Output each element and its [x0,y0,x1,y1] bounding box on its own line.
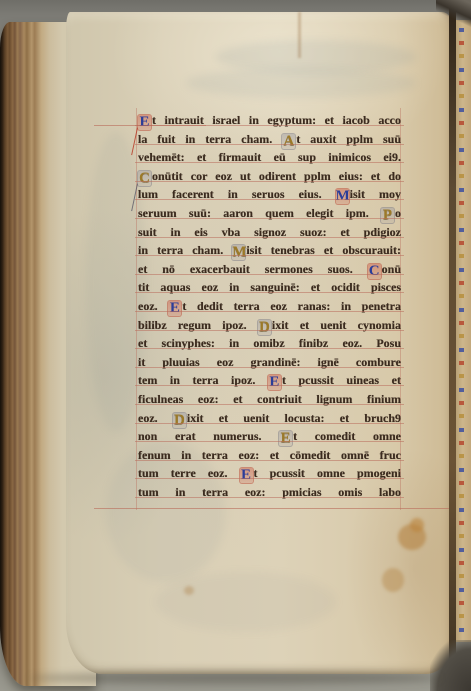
manuscript-text-line: bilibz regum ipoz. Dixit et uenit cynomi… [138,316,401,335]
illuminated-initial: D [173,413,186,428]
text-segment: tit aquas eoz in sanguinē: et ocidit pis… [138,280,401,294]
illuminated-initial: E [138,115,151,130]
text-segment: tum in terra eoz: pmicias omis labo [138,485,401,499]
illuminated-initial: C [368,264,381,279]
illuminated-initial: D [258,320,271,335]
stain-drip [298,12,301,58]
text-segment: fenum in terra eoz: et cōmedit omnē fruc [138,448,401,462]
ruling-line-extended-bottom [94,508,471,509]
text-segment: isit tenebras et obscurauit: [246,243,401,257]
text-segment: it pluuias eoz grandinē: ignē combure [138,355,401,369]
text-segment: t pcussit uineas et [282,373,401,387]
text-segment: suit in eis vba signoz suoz: et pdigioz [138,225,401,239]
stain [410,518,424,532]
text-segment: t intrauit israel in egyptum: et iacob a… [152,113,401,127]
bottom-right-shadow [430,640,471,691]
manuscript-text-line: eoz. Dixit et uenit locusta: et bruch9 [138,409,401,428]
illuminated-initial: E [240,468,253,483]
manuscript-text-line: lum facerent in seruos eius. Misit moy [138,185,401,204]
illuminated-initial: A [282,134,295,149]
manuscript-text-line: ficulneas eoz: et contriuit lignum finiu… [138,390,401,409]
book-drop-shadow [30,672,440,684]
illuminated-initial: M [336,189,349,204]
manuscript-text-line: fenum in terra eoz: et cōmedit omnē fruc [138,446,401,465]
illuminated-initial: M [232,245,245,260]
manuscript-text-line: it pluuias eoz grandinē: ignē combure [138,353,401,372]
ruling-line-vertical-left [136,108,137,510]
manuscript-text-line: la fuit in terra cham. At auxit pplm suū [138,130,401,149]
manuscript-text-line: in terra cham. Misit tenebras et obscura… [138,241,401,260]
stain [382,568,404,592]
text-segment: seruum suū: aaron quem elegit ipm. [138,206,381,220]
illuminated-initial: E [168,301,181,316]
manuscript-text-line: seruum suū: aaron quem elegit ipm. Po [138,204,401,223]
manuscript-text-line: tum terre eoz. Et pcussit omne pmogeni [138,464,401,483]
manuscript-text-line: eoz. Et dedit terra eoz ranas: in penetr… [138,297,401,316]
text-segment: in terra cham. [138,243,232,257]
text-segment: t pcussit omne pmogeni [254,466,401,480]
text-segment: tem in terra ipoz. [138,373,268,387]
parchment-page: Et intrauit israel in egyptum: et iacob … [66,12,454,674]
text-segment: ixit et uenit locusta: et bruch9 [187,411,401,425]
text-segment: t dedit terra eoz ranas: in penetra [182,299,401,313]
book-gutter-shadow [449,0,456,678]
text-segment: t comedit omne [293,429,401,443]
text-segment: lum facerent in seruos eius. [138,187,336,201]
manuscript-photo: Et intrauit israel in egyptum: et iacob … [0,0,471,691]
text-segment: onūtit cor eoz ut odirent pplm eius: et … [152,169,401,183]
text-segment: t auxit pplm suū [296,132,401,146]
text-segment: vehemēt: et firmauit eū sup inimicos ei9… [138,150,401,164]
illuminated-initial: C [138,171,151,186]
text-segment: ixit et uenit cynomia [272,318,401,332]
text-segment: o [395,206,401,220]
manuscript-text-line: tem in terra ipoz. Et pcussit uineas et [138,371,401,390]
illuminated-initial: E [279,431,292,446]
parchment-mottling [86,132,146,432]
manuscript-text-line: tit aquas eoz in sanguinē: et ocidit pis… [138,278,401,297]
text-segment: bilibz regum ipoz. [138,318,258,332]
text-segment: onū [382,262,401,276]
manuscript-text-line: suit in eis vba signoz suoz: et pdigioz [138,223,401,242]
text-segment: et nō exacerbauit sermones suos. [138,262,368,276]
stain [184,586,194,595]
text-segment: la fuit in terra cham. [138,132,282,146]
ink-bleed-smudge [186,68,416,98]
text-segment: non erat numerus. [138,429,279,443]
manuscript-text-line: tum in terra eoz: pmicias omis labo [138,483,401,502]
manuscript-text-line: et nō exacerbauit sermones suos. Conū [138,260,401,279]
text-segment: ficulneas eoz: et contriuit lignum finiu… [138,392,401,406]
manuscript-text-line: vehemēt: et firmauit eū sup inimicos ei9… [138,148,401,167]
illuminated-initial: E [268,375,281,390]
manuscript-text-line: non erat numerus. Et comedit omne [138,427,401,446]
manuscript-text-line: et scinyphes: in omibz finibz eoz. Posu [138,334,401,353]
text-segment: eoz. [138,411,173,425]
text-segment: isit moy [350,187,401,201]
facing-page-decoration [459,28,464,634]
facing-page-edge [456,20,471,642]
manuscript-text-line: Et intrauit israel in egyptum: et iacob … [138,111,401,130]
text-segment: et scinyphes: in omibz finibz eoz. Posu [138,336,401,350]
text-segment: eoz. [138,299,168,313]
text-block: Et intrauit israel in egyptum: et iacob … [138,111,401,501]
text-segment: tum terre eoz. [138,466,240,480]
manuscript-text-line: Conūtit cor eoz ut odirent pplm eius: et… [138,167,401,186]
illuminated-initial: P [381,208,394,223]
parchment-mottling [156,572,336,632]
